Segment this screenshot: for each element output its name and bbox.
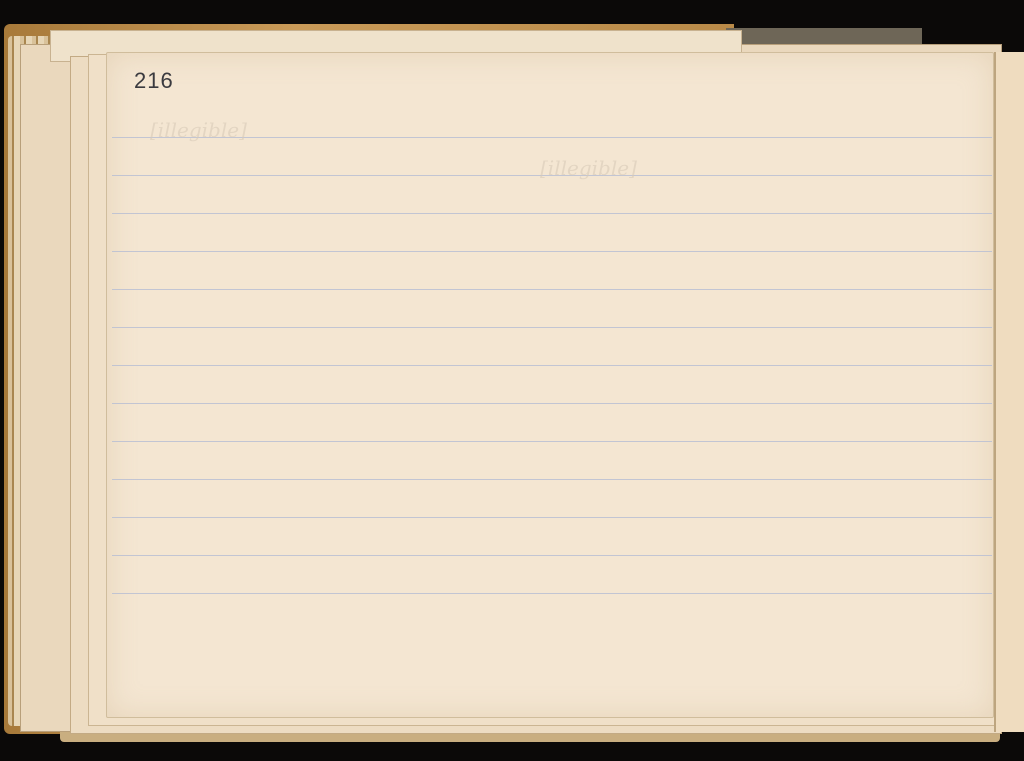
page-number: 216: [134, 68, 174, 94]
bleed-through-text: [illegible]: [540, 156, 637, 180]
bleed-through-text: [illegible]: [150, 118, 247, 142]
facing-page-edge: [994, 52, 1024, 732]
